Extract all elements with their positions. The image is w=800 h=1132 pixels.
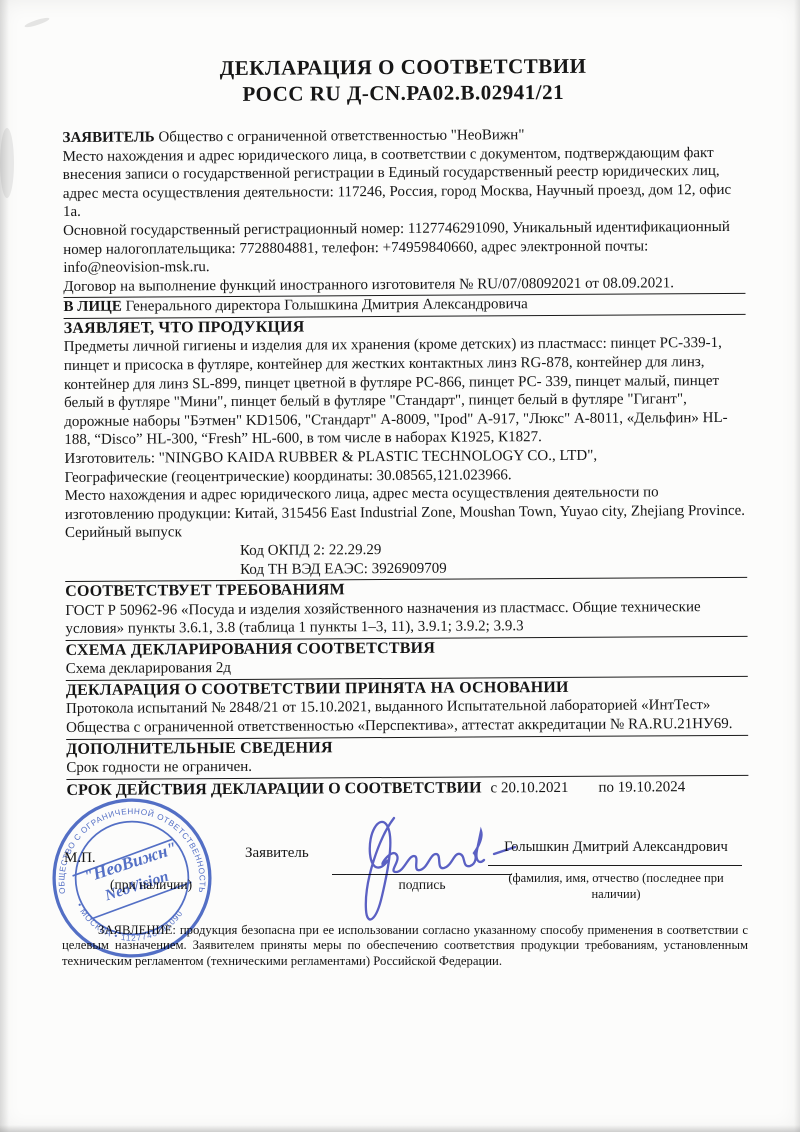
- signatory-name-line: [488, 865, 742, 866]
- svg-text:• МОСКВА • 1127746291090: • МОСКВА • 1127746291090: [75, 902, 185, 943]
- title-line-2: РОСС RU Д-CN.РА02.В.02941/21: [62, 78, 744, 108]
- basis-text: Протокола испытаний № 2848/21 от 15.10.2…: [66, 696, 748, 739]
- applicant-address: Место нахождения и адрес юридического ли…: [63, 143, 745, 222]
- scan-edge-right: [794, 0, 800, 1132]
- declaration-document: ДЕКЛАРАЦИЯ О СООТВЕТСТВИИ РОСС RU Д-CN.Р…: [0, 0, 800, 1132]
- signatory-name-caption: (фамилия, имя, отчество (последнее при н…: [496, 870, 736, 902]
- applicant-name: Общество с ограниченной ответственностью…: [158, 127, 524, 145]
- additional-text: Срок годности не ограничен.: [66, 755, 748, 780]
- product-codes: Код ОКПД 2: 22.29.29 Код ТН ВЭД ЕАЭС: 39…: [65, 539, 747, 582]
- applicant-label: ЗАЯВИТЕЛЬ: [62, 129, 154, 146]
- signatory-name: Голышкин Дмитрий Александрович: [490, 839, 742, 856]
- representative-label: В ЛИЦЕ: [63, 299, 121, 315]
- tnved-code: Код ТН ВЭД ЕАЭС: 3926909709: [240, 557, 747, 579]
- product-description: Предметы личной гигиены и изделия для их…: [64, 334, 747, 450]
- scan-edge-bottom: [0, 1125, 800, 1132]
- handwritten-signature: [324, 810, 524, 935]
- requirements-text: ГОСТ Р 50962-96 «Посуда и изделия хозяйс…: [65, 597, 747, 640]
- manufacturer-address: Место нахождения и адрес юридического ли…: [65, 483, 747, 524]
- validity-from: с 20.10.2021: [490, 780, 568, 796]
- validity-to: по 19.10.2024: [598, 779, 685, 796]
- scan-smudge: [0, 128, 14, 198]
- representative-text: Генерального директора Голышкина Дмитрия…: [126, 297, 528, 315]
- stamp-ring-bottom-text: • МОСКВА • 1127746291090: [75, 902, 185, 943]
- company-stamp-icon: ОБЩЕСТВО С ОГРАНИЧЕННОЙ ОТВЕТСТВЕННОСТЬЮ…: [50, 796, 214, 960]
- document-content: ДЕКЛАРАЦИЯ О СООТВЕТСТВИИ РОСС RU Д-CN.Р…: [62, 52, 749, 801]
- applicant-registration: Основной государственный регистрационный…: [63, 218, 745, 278]
- document-title: ДЕКЛАРАЦИЯ О СООТВЕТСТВИИ РОСС RU Д-CN.Р…: [62, 52, 744, 108]
- scan-smudge: [24, 16, 50, 29]
- signatory-role-label: Заявитель: [245, 845, 309, 862]
